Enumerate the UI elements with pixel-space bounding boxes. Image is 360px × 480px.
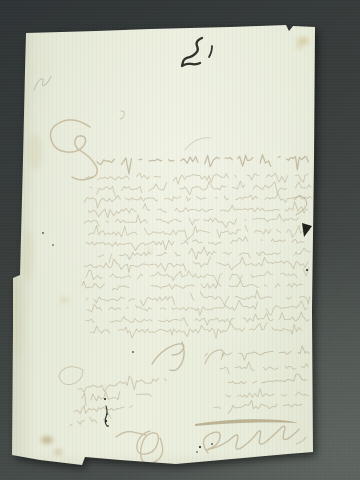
paper-stain [146, 247, 154, 253]
ink-speck [132, 351, 134, 353]
handwriting-line [90, 323, 302, 339]
handwriting-line [84, 214, 299, 228]
top-ink-blot-stroke [209, 46, 212, 57]
handwriting-line [97, 155, 308, 174]
handwriting-line [214, 401, 302, 414]
handwriting-line [88, 225, 310, 239]
handwriting-line [70, 413, 111, 426]
signature-right-rubric [203, 426, 299, 453]
handwriting-line [88, 202, 308, 218]
ink-speck [104, 398, 106, 400]
paper-stain [41, 436, 53, 444]
handwriting-line [82, 392, 160, 406]
handwriting-line [84, 194, 311, 209]
manuscript-page [0, 0, 360, 480]
ink-speck [42, 232, 44, 234]
handwriting-line [86, 290, 310, 306]
handwriting-line [228, 374, 307, 384]
signature-left-rubric [116, 431, 163, 463]
ink-speck [199, 446, 201, 448]
handwriting-line [220, 362, 308, 374]
handwriting-layer [0, 0, 360, 480]
top-ink-blot [182, 38, 202, 66]
ink-speck [196, 451, 198, 453]
pencil-note [34, 76, 51, 90]
paper-stain [13, 280, 21, 360]
handwriting-line [78, 376, 166, 392]
handwriting-line [86, 237, 304, 251]
paper-shadow [0, 0, 360, 480]
handwriting-line [87, 300, 307, 315]
upper-hairline [185, 138, 211, 150]
ink-speck [21, 63, 24, 66]
signature-swash [195, 419, 298, 426]
signature-right-tail [296, 437, 306, 444]
handwriting-line [86, 312, 309, 327]
circle-flourish [59, 367, 83, 385]
handwriting-line [226, 389, 308, 398]
handwriting-line [86, 267, 309, 283]
handwriting-line [98, 247, 311, 263]
ink-speck [52, 244, 54, 246]
paper-stain [54, 449, 62, 455]
handwriting-line [74, 406, 132, 414]
photo-background [0, 0, 360, 480]
paper-stain [28, 134, 42, 170]
ink-speck [107, 425, 109, 427]
edge-ink-triangle [302, 223, 312, 237]
closing-l-flourish [205, 350, 223, 364]
ink-speck [211, 443, 213, 445]
handwriting-line [205, 346, 309, 361]
ink-speck [106, 413, 108, 415]
paper-stain [59, 297, 69, 303]
closing-p-flourish [152, 342, 184, 371]
handwriting-line [82, 280, 303, 290]
initial-letter-flourish [50, 120, 97, 180]
ink-speck [105, 420, 107, 422]
paper-stain [297, 37, 309, 45]
ink-speck [306, 269, 308, 271]
paper-stain [296, 45, 302, 49]
paper-stain [22, 230, 34, 280]
small-numeral [120, 111, 124, 119]
